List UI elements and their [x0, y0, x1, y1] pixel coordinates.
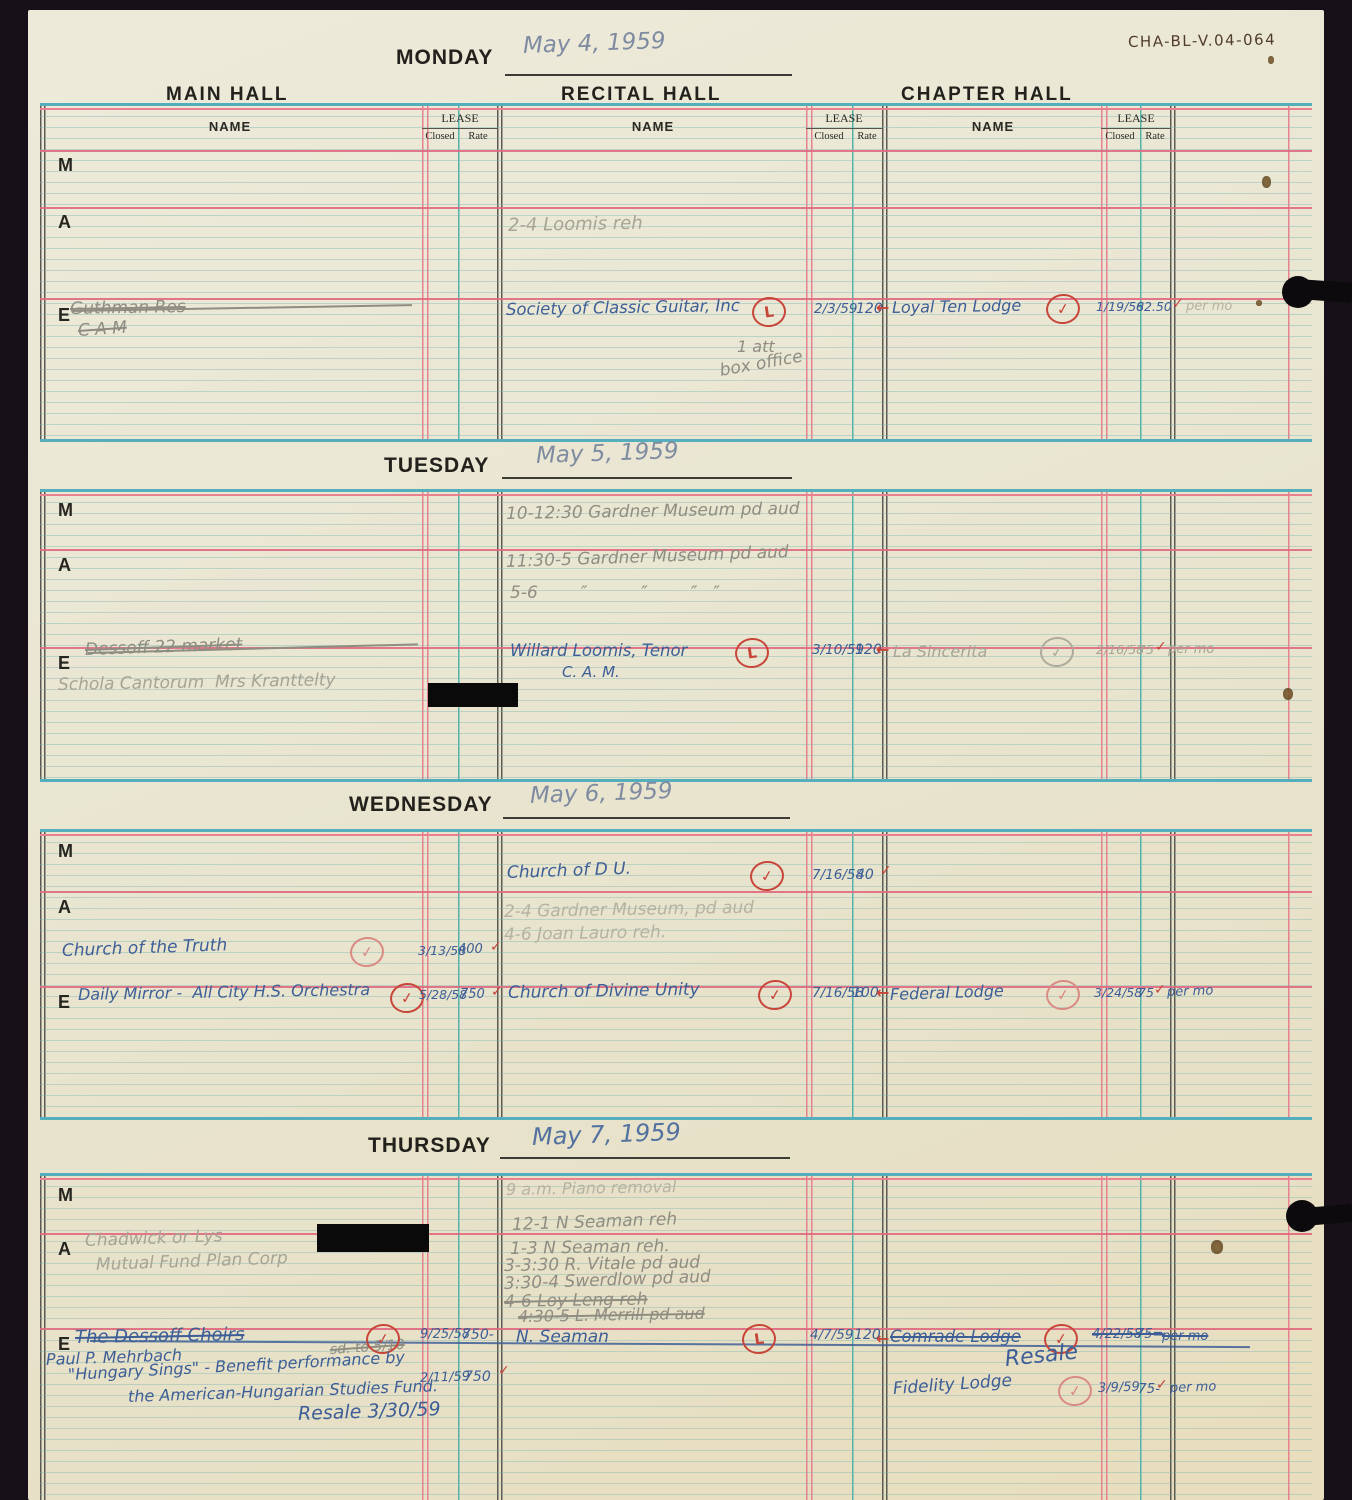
red-check: ✓ [1154, 983, 1166, 998]
tuesday-recital-evening-name: Willard Loomis, Tenor [510, 642, 687, 660]
tuesday-chapter-evening-closed: 2/16/58 [1096, 643, 1144, 657]
scanned-ledger-page: CHA-BL-V.04-064 MONDAY May 4, 1959 MAIN … [0, 0, 1352, 1500]
wednesday-main-afternoon-rate: 400 [458, 943, 483, 957]
thursday-main-evening-rate: 750- [462, 1328, 494, 1343]
paper-stain [1256, 300, 1262, 306]
red-arrow: ← [876, 984, 889, 1002]
tuesday-chapter-evening-name: La Sincerita [893, 643, 987, 661]
red-arrow: ← [876, 1330, 889, 1348]
monday-chapter-evening-per: per mo [1186, 300, 1232, 314]
thursday-row-m-label: M [58, 1185, 73, 1206]
main-name-header: NAME [209, 119, 251, 134]
chapter-rate-header: Rate [1145, 131, 1164, 142]
main-closed-header: Closed [425, 131, 454, 142]
chapter-lease-header: LEASE [1117, 111, 1154, 126]
monday-day-title: MONDAY [396, 46, 493, 70]
wednesday-day-title: WEDNESDAY [349, 793, 493, 817]
wednesday-chapter-evening-name: Federal Lodge [890, 982, 1004, 1004]
monday-row-m-label: M [58, 155, 73, 176]
row-divider [40, 1233, 1312, 1235]
date-underline [500, 1157, 790, 1159]
main-rate-header: Rate [468, 131, 487, 142]
monday-recital-afternoon-entry: 2-4 Loomis reh [508, 214, 643, 236]
wednesday-date: May 6, 1959 [530, 779, 673, 809]
thursday-recital-afternoon-entry5-struck: 4:30-5 L. Merrill pd aud [518, 1305, 705, 1326]
date-underline [505, 74, 792, 76]
thursday-chapter-evening2-per: per mo [1170, 1380, 1217, 1396]
redaction-box [317, 1224, 429, 1252]
red-check: ✓ [498, 1364, 510, 1379]
paper-stain [1211, 1240, 1223, 1254]
wednesday-recital-morning-name: Church of D U. [507, 860, 632, 883]
red-check: ✓ [1155, 640, 1167, 655]
red-arrow: ← [876, 641, 889, 659]
monday-table: NAME NAME NAME LEASE LEASE LEASE Closed … [40, 103, 1312, 442]
wednesday-chapter-evening-closed: 3/24/58 [1094, 986, 1142, 1000]
wednesday-row-a-label: A [58, 897, 71, 918]
punch-hole-slot [1301, 1204, 1352, 1226]
chapter-name-header: NAME [972, 119, 1014, 134]
paper-stain [1283, 688, 1293, 700]
thursday-chapter-evening-rate-struck: 75= [1136, 1328, 1163, 1342]
wednesday-chapter-evening-rate: 75 [1138, 986, 1154, 1000]
red-check: ✓ [1172, 297, 1184, 312]
thursday-chapter-evening2-closed: 3/9/59 [1098, 1381, 1140, 1397]
wednesday-chapter-evening-per: per mo [1167, 984, 1214, 1000]
monday-main-evening-entry2-struck: C A M [77, 319, 127, 341]
redaction-box [428, 683, 518, 707]
thursday-recital-evening-closed: 4/7/59 [810, 1328, 853, 1343]
wednesday-recital-evening-name: Church of Divine Unity [508, 981, 700, 1003]
date-underline [503, 817, 790, 819]
wednesday-recital-afternoon-entry2: 4-6 Joan Lauro reh. [504, 923, 667, 945]
wednesday-table: M A E [40, 829, 1312, 1120]
tuesday-chapter-evening-rate: 75 [1138, 643, 1154, 657]
thursday-recital-evening-name: N. Seaman [516, 1328, 609, 1347]
thursday-chapter-evening-closed-struck: 4/22/58 [1092, 1328, 1142, 1342]
main-lease-header: LEASE [441, 111, 478, 126]
archive-code: CHA-BL-V.04-064 [1128, 31, 1276, 50]
thursday-day-title: THURSDAY [368, 1134, 491, 1158]
tuesday-row-e-label: E [58, 653, 70, 674]
wednesday-row-m-label: M [58, 841, 73, 862]
recital-name-header: NAME [632, 119, 674, 134]
monday-chapter-evening-rate: 62.50 [1136, 300, 1172, 314]
paper-stain [1268, 56, 1274, 64]
red-check: ✓ [490, 940, 502, 955]
thursday-chapter-evening-name-struck: Comrade Lodge [890, 1328, 1021, 1346]
monday-row-e-label: E [58, 305, 70, 326]
date-underline [502, 477, 792, 479]
tuesday-chapter-evening-per: per mo [1168, 643, 1214, 657]
tuesday-row-a-label: A [58, 555, 71, 576]
tuesday-row-m-label: M [58, 500, 73, 521]
wednesday-recital-morning-rate: 40 [856, 868, 874, 883]
tuesday-day-title: TUESDAY [384, 454, 489, 478]
recital-lease-header: LEASE [825, 111, 862, 126]
recital-rate-header: Rate [857, 131, 876, 142]
monday-row-a-label: A [58, 212, 71, 233]
wednesday-recital-evening-rate: 100 [852, 986, 879, 1001]
lease-divider [1101, 128, 1170, 129]
red-arrow: ← [876, 299, 889, 317]
thursday-main-evening-rate2: 750 [464, 1370, 491, 1385]
red-check: ✓ [1156, 1378, 1168, 1393]
lease-divider [806, 128, 882, 129]
thursday-row-a-label: A [58, 1239, 71, 1260]
thursday-recital-morning-entry1: 9 a.m. Piano removal [506, 1178, 677, 1199]
wednesday-recital-afternoon-entry1: 2-4 Gardner Museum, pd aud [504, 899, 754, 922]
thursday-main-evening-name-struck: The Dessoff Choirs [75, 1325, 245, 1348]
row-divider [40, 207, 1312, 209]
recital-closed-header: Closed [814, 131, 843, 142]
lease-divider [422, 128, 497, 129]
wednesday-row-e-label: E [58, 992, 70, 1013]
monday-date: May 4, 1959 [523, 29, 666, 59]
wednesday-main-evening-rate: 750 [460, 988, 485, 1002]
tuesday-date: May 5, 1959 [536, 439, 679, 469]
paper-stain [1262, 176, 1271, 188]
monday-chapter-evening-name: Loyal Ten Lodge [892, 297, 1022, 317]
monday-recital-evening-closed: 2/3/59 [814, 302, 857, 317]
thursday-chapter-evening-per-struck: per mo [1162, 1330, 1208, 1344]
red-check: ✓ [880, 864, 892, 879]
tuesday-recital-afternoon-entry2: 5-6 ″ ″ ″ ″ [510, 584, 720, 603]
tuesday-recital-evening-name2: C. A. M. [562, 664, 620, 681]
row-divider [40, 891, 1312, 893]
punch-hole-slot [1299, 279, 1352, 303]
chapter-closed-header: Closed [1105, 131, 1134, 142]
thursday-date: May 7, 1959 [532, 1119, 682, 1151]
row-divider [40, 150, 1312, 152]
red-check: ✓ [491, 985, 503, 1000]
